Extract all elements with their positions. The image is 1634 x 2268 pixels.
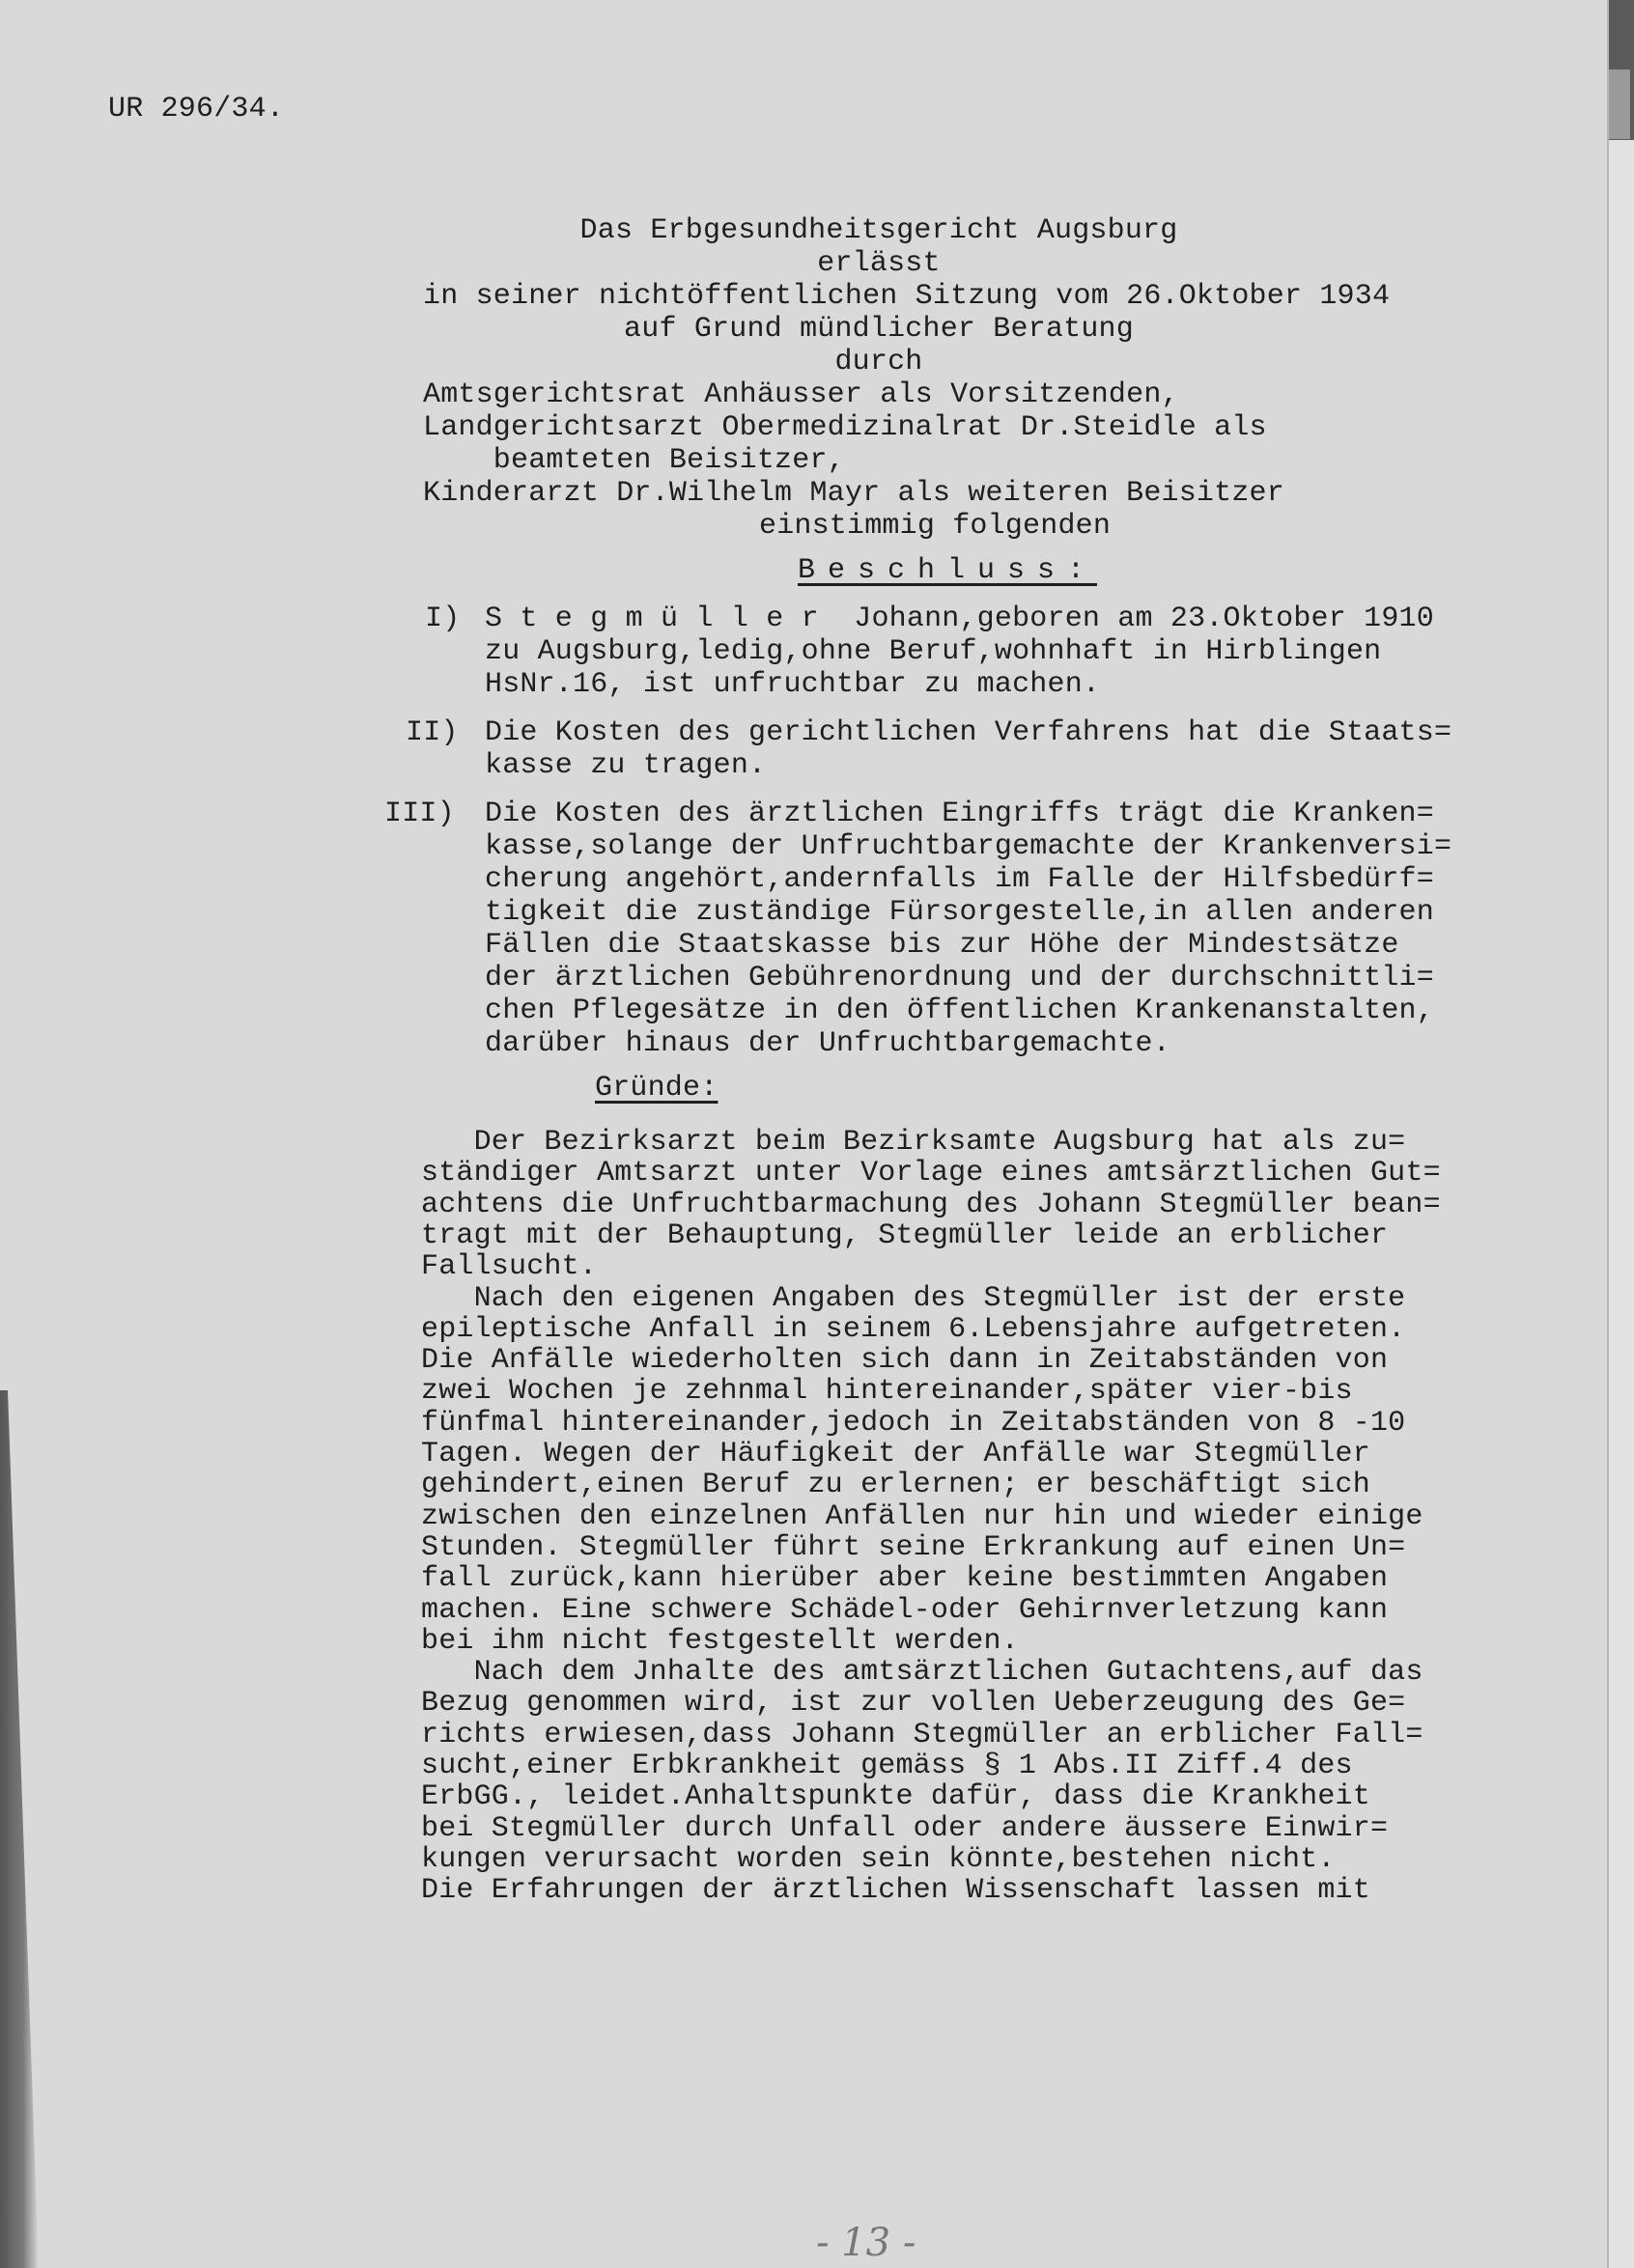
decision-line: Die Kosten des ärztlichen Eingriffs träg… — [485, 798, 1434, 830]
gruende-line: epileptische Anfall in seinem 6.Lebensja… — [421, 1313, 1405, 1346]
gruende-line: Bezug genommen wird, ist zur vollen Uebe… — [421, 1687, 1405, 1720]
decision-line: kasse zu tragen. — [485, 749, 766, 782]
gruende-line: Die Anfälle wiederholten sich dann in Ze… — [421, 1344, 1388, 1377]
page-number: - 13 - — [816, 2221, 916, 2265]
decision-line: der ärztlichen Gebührenordnung und der d… — [485, 962, 1434, 994]
gruende-line: richts erwiesen,dass Johann Stegmüller a… — [421, 1719, 1423, 1751]
decision-numeral: II) — [406, 716, 459, 749]
binder-tab-light — [1609, 70, 1630, 139]
gruende-line: achtens die Unfruchtbarmachung des Johan… — [421, 1189, 1441, 1221]
next-page-edge — [1607, 0, 1634, 2268]
gruende-line: Der Bezirksarzt beim Bezirksamte Augsbur… — [421, 1126, 1405, 1159]
decision-line: chen Pflegesätze in den öffentlichen Kra… — [485, 994, 1434, 1027]
document-page: UR 296/34. Das Erbgesundheitsgericht Aug… — [0, 0, 1607, 2268]
header-line: durch — [0, 346, 1634, 378]
decision-line: Die Kosten des gerichtlichen Verfahrens … — [485, 716, 1451, 749]
decision-numeral: III) — [384, 798, 455, 830]
decision-line: S t e g m ü l l e r Johann,geboren am 23… — [485, 602, 1434, 635]
gruende-line: tragt mit der Behauptung, Stegmüller lei… — [421, 1219, 1388, 1252]
decision-line: tigkeit die zuständige Fürsorgestelle,in… — [485, 896, 1434, 929]
gruende-line: Stunden. Stegmüller führt seine Erkranku… — [421, 1531, 1405, 1564]
gruende-line: zwei Wochen je zehnmal hintereinander,sp… — [421, 1375, 1353, 1408]
gruende-line: kungen verursacht worden sein könnte,bes… — [421, 1843, 1336, 1876]
beschluss-heading: Beschluss: — [798, 554, 1097, 587]
gruende-line: Fallsucht. — [421, 1250, 597, 1283]
gruende-line: fall zurück,kann hierüber aber keine bes… — [421, 1562, 1388, 1595]
decision-line: Fällen die Staatskasse bis zur Höhe der … — [485, 929, 1399, 962]
header-line: auf Grund mündlicher Beratung — [0, 313, 1634, 346]
decision-line: cherung angehört,andernfalls im Falle de… — [485, 863, 1434, 896]
gruende-line: zwischen den einzelnen Anfällen nur hin … — [421, 1500, 1423, 1533]
gruende-line: gehindert,einen Beruf zu erlernen; er be… — [421, 1469, 1370, 1501]
gruende-line: Nach den eigenen Angaben des Stegmüller … — [421, 1282, 1405, 1315]
header-line: in seiner nichtöffentlichen Sitzung vom … — [423, 280, 1390, 313]
panel-member: beamteten Beisitzer, — [423, 444, 845, 477]
gruende-line: bei ihm nicht festgestellt werden. — [421, 1625, 1019, 1658]
decision-line: kasse,solange der Unfruchtbargemachte de… — [485, 830, 1451, 863]
gruende-line: machen. Eine schwere Schädel-oder Gehirn… — [421, 1594, 1388, 1627]
gruende-line: ständiger Amtsarzt unter Vorlage eines a… — [421, 1157, 1441, 1190]
unanimous-line: einstimmig folgenden — [759, 510, 1111, 543]
decision-line: HsNr.16, ist unfruchtbar zu machen. — [485, 668, 1100, 701]
header-line: erlässt — [0, 247, 1634, 280]
decision-line: zu Augsburg,ledig,ohne Beruf,wohnhaft in… — [485, 635, 1381, 668]
decision-numeral: I) — [425, 602, 460, 635]
gruende-heading: Gründe: — [595, 1072, 718, 1105]
reference-number: UR 296/34. — [108, 93, 284, 126]
gruende-line: Tagen. Wegen der Häufigkeit der Anfälle … — [421, 1438, 1370, 1470]
gruende-line: ErbGG., leidet.Anhaltspunkte dafür, dass… — [421, 1780, 1370, 1813]
panel-member: Landgerichtsarzt Obermedizinalrat Dr.Ste… — [423, 411, 1267, 444]
decision-line: darüber hinaus der Unfruchtbargemachte. — [485, 1027, 1170, 1060]
gruende-line: fünfmal hintereinander,jedoch in Zeitabs… — [421, 1407, 1405, 1440]
panel-member: Amtsgerichtsrat Anhäusser als Vorsitzend… — [423, 378, 1179, 411]
gruende-line: bei Stegmüller durch Unfall oder andere … — [421, 1812, 1388, 1845]
gruende-line: Die Erfahrungen der ärztlichen Wissensch… — [421, 1874, 1370, 1907]
header-line: Das Erbgesundheitsgericht Augsburg — [0, 214, 1634, 247]
gruende-line: sucht,einer Erbkrankheit gemäss § 1 Abs.… — [421, 1750, 1353, 1782]
panel-member: Kinderarzt Dr.Wilhelm Mayr als weiteren … — [423, 477, 1284, 510]
gruende-line: Nach dem Jnhalte des amtsärztlichen Guta… — [421, 1656, 1423, 1689]
